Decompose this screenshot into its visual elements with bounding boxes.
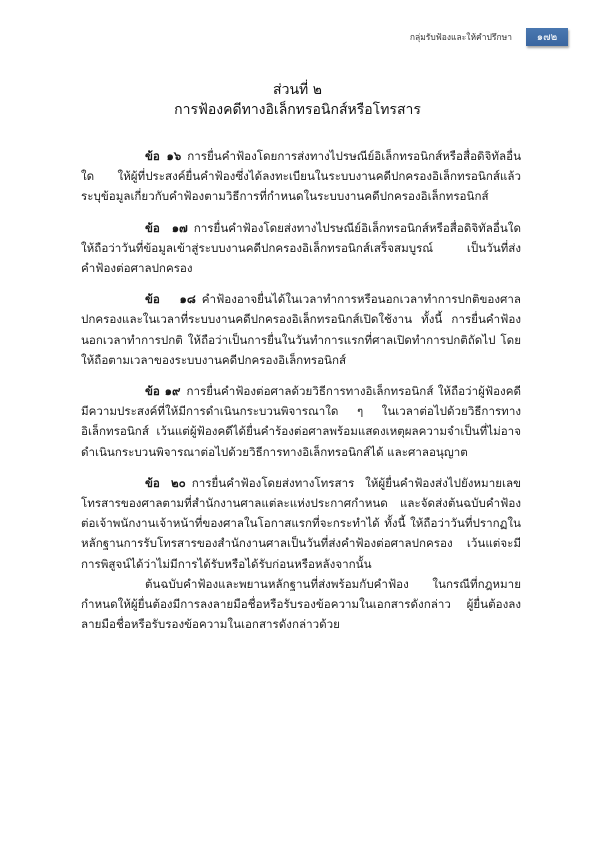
- section-label: กลุ่มรับฟ้องและให้คำปรึกษา: [410, 30, 512, 44]
- section-heading: การฟ้องคดีทางอิเล็กทรอนิกส์หรือโทรสาร: [0, 100, 595, 120]
- page-number-badge: ๑๗๒: [526, 28, 568, 46]
- clause-number: ข้อ ๑๗: [145, 221, 188, 235]
- clause-text: ต้นฉบับคำฟ้องและพยานหลักฐานที่ส่งพร้อมกั…: [81, 577, 521, 631]
- page-header: กลุ่มรับฟ้องและให้คำปรึกษา ๑๗๒: [410, 28, 568, 46]
- clause-number: ข้อ ๑๙: [145, 384, 180, 398]
- clause-20: ข้อ ๒๐การยื่นคำฟ้องโดยส่งทางโทรสาร ให้ผู…: [81, 473, 521, 574]
- document-body: ข้อ ๑๖การยื่นคำฟ้องโดยการส่งทางไปรษณีย์อ…: [81, 146, 521, 645]
- part-title: ส่วนที่ ๒: [0, 80, 595, 100]
- clause-17: ข้อ ๑๗การยื่นคำฟ้องโดยส่งทางไปรษณีย์อิเล…: [81, 218, 521, 279]
- clause-20-continuation: ต้นฉบับคำฟ้องและพยานหลักฐานที่ส่งพร้อมกั…: [81, 574, 521, 635]
- clause-number: ข้อ ๑๖: [145, 149, 181, 163]
- clause-number: ข้อ ๒๐: [145, 476, 186, 490]
- clause-number: ข้อ ๑๘: [145, 292, 196, 306]
- clause-16: ข้อ ๑๖การยื่นคำฟ้องโดยการส่งทางไปรษณีย์อ…: [81, 146, 521, 207]
- title-block: ส่วนที่ ๒ การฟ้องคดีทางอิเล็กทรอนิกส์หรื…: [0, 80, 595, 120]
- clause-18: ข้อ ๑๘คำฟ้องอาจยื่นได้ในเวลาทำการหรือนอก…: [81, 289, 521, 370]
- clause-text: การยื่นคำฟ้องโดยส่งทางโทรสาร ให้ผู้ยื่นค…: [81, 476, 521, 571]
- clause-19: ข้อ ๑๙การยื่นคำฟ้องต่อศาลด้วยวิธีการทางอ…: [81, 381, 521, 462]
